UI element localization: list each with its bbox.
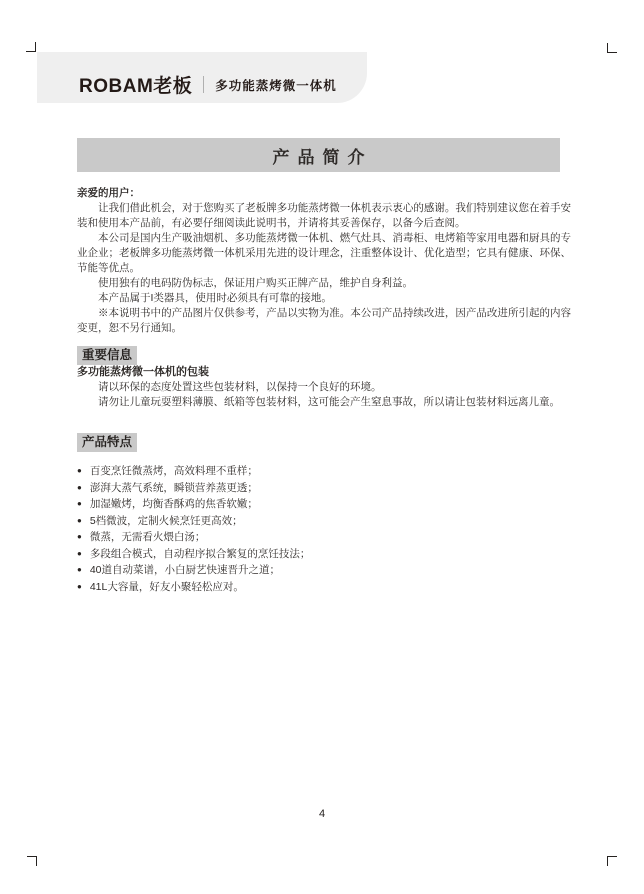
feature-list: ● 百变烹饪微蒸烤，高效料理不重样； ● 澎湃大蒸气系统，瞬锁营养蒸更透； ● … bbox=[77, 463, 571, 595]
feature-text: 多段组合模式，自动程序拟合繁复的烹饪技法； bbox=[90, 546, 311, 563]
feature-item: ● 40道自动菜谱，小白厨艺快速晋升之道； bbox=[77, 562, 571, 579]
feature-text: 41L大容量，好友小聚轻松应对。 bbox=[90, 579, 244, 596]
salutation: 亲爱的用户： bbox=[77, 186, 571, 201]
intro-paragraph: ※本说明书中的产品图片仅供参考，产品以实物为准。本公司产品持续改进，因产品改进所… bbox=[77, 306, 571, 336]
crop-mark-bottom-left bbox=[27, 856, 37, 866]
crop-mark-bottom-right bbox=[607, 856, 617, 866]
packaging-subheading: 多功能蒸烤微一体机的包装 bbox=[77, 365, 571, 380]
page-content: 亲爱的用户： 让我们借此机会，对于您购买了老板牌多功能蒸烤微一体机表示衷心的感谢… bbox=[77, 186, 571, 595]
bullet-icon: ● bbox=[77, 579, 82, 596]
header-banner: ROBAM老板 多功能蒸烤微一体机 bbox=[37, 52, 367, 103]
feature-item: ● 微蒸，无需看火煨白汤； bbox=[77, 529, 571, 546]
bullet-icon: ● bbox=[77, 546, 82, 563]
bullet-icon: ● bbox=[77, 513, 82, 530]
bullet-icon: ● bbox=[77, 496, 82, 513]
packaging-line: 请以环保的态度处置这些包装材料，以保持一个良好的环境。 bbox=[77, 380, 571, 395]
feature-text: 微蒸，无需看火煨白汤； bbox=[90, 529, 206, 546]
bullet-icon: ● bbox=[77, 480, 82, 497]
features-label: 产品特点 bbox=[77, 433, 137, 452]
crop-mark-top-right bbox=[607, 43, 617, 53]
intro-paragraph: 使用独有的电码防伪标志，保证用户购买正牌产品，维护自身利益。 bbox=[77, 276, 571, 291]
intro-paragraph: 本公司是国内生产吸油烟机、多功能蒸烤微一体机、燃气灶具、消毒柜、电烤箱等家用电器… bbox=[77, 231, 571, 276]
feature-text: 澎湃大蒸气系统，瞬锁营养蒸更透； bbox=[90, 480, 258, 497]
intro-paragraph: 本产品属于I类器具，使用时必须具有可靠的接地。 bbox=[77, 291, 571, 306]
feature-text: 5档微波，定制火候烹饪更高效； bbox=[90, 513, 243, 530]
important-info-label: 重要信息 bbox=[77, 346, 137, 365]
bullet-icon: ● bbox=[77, 463, 82, 480]
logo-divider bbox=[203, 76, 204, 93]
brand-logo: ROBAM老板 bbox=[79, 71, 192, 98]
feature-item: ● 澎湃大蒸气系统，瞬锁营养蒸更透； bbox=[77, 480, 571, 497]
intro-paragraph: 让我们借此机会，对于您购买了老板牌多功能蒸烤微一体机表示衷心的感谢。我们特别建议… bbox=[77, 201, 571, 231]
feature-text: 40道自动菜谱，小白厨艺快速晋升之道； bbox=[90, 562, 280, 579]
packaging-line: 请勿让儿童玩耍塑料薄膜、纸箱等包装材料，这可能会产生窒息事故，所以请让包装材料远… bbox=[77, 395, 571, 410]
feature-item: ● 多段组合模式，自动程序拟合繁复的烹饪技法； bbox=[77, 546, 571, 563]
feature-item: ● 41L大容量，好友小聚轻松应对。 bbox=[77, 579, 571, 596]
product-line-label: 多功能蒸烤微一体机 bbox=[215, 76, 337, 94]
manual-page: ROBAM老板 多功能蒸烤微一体机 产品简介 亲爱的用户： 让我们借此机会，对于… bbox=[0, 0, 644, 894]
feature-text: 百变烹饪微蒸烤，高效料理不重样； bbox=[90, 463, 258, 480]
feature-item: ● 加湿嫩烤，均衡香酥鸡的焦香软嫩； bbox=[77, 496, 571, 513]
feature-item: ● 5档微波，定制火候烹饪更高效； bbox=[77, 513, 571, 530]
feature-text: 加湿嫩烤，均衡香酥鸡的焦香软嫩； bbox=[90, 496, 258, 513]
page-number: 4 bbox=[0, 808, 644, 820]
bullet-icon: ● bbox=[77, 529, 82, 546]
bullet-icon: ● bbox=[77, 562, 82, 579]
feature-item: ● 百变烹饪微蒸烤，高效料理不重样； bbox=[77, 463, 571, 480]
crop-mark-top-left bbox=[26, 42, 36, 52]
section-title-banner: 产品简介 bbox=[77, 138, 560, 172]
